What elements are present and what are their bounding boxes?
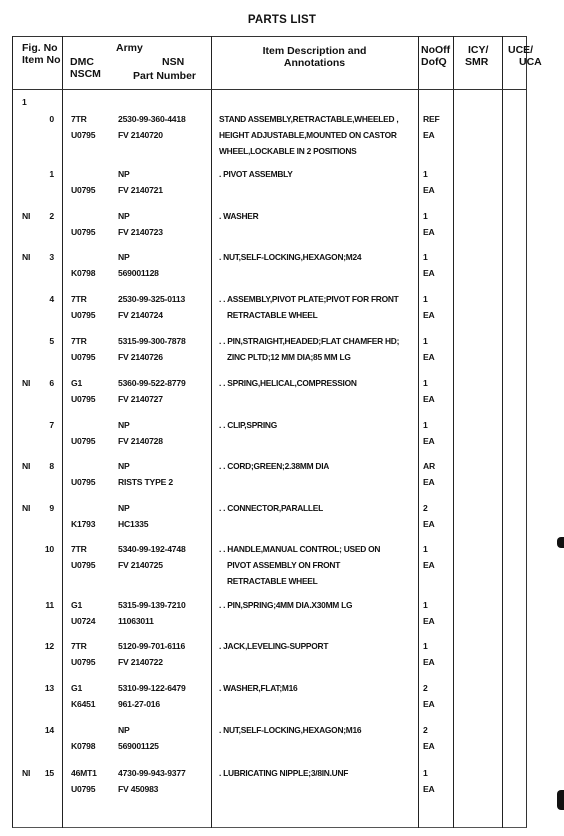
part-number: FV 2140725 [118,557,163,573]
nscm-code: K0798 [71,265,95,281]
item-number: 1 [30,166,54,182]
item-number: 14 [30,722,54,738]
header-noof: NoOff [421,44,453,56]
item-description-line: STAND ASSEMBLY,RETRACTABLE,WHEELED , [219,111,398,127]
header-uce: UCE/ [508,44,533,56]
quantity: 1 [423,291,428,307]
unit-of-issue: EA [423,474,435,490]
ni-indicator: NI [22,500,30,516]
nsn: NP [118,249,130,265]
part-number: FV 2140722 [118,654,163,670]
item-description-line: . NUT,SELF-LOCKING,HEXAGON;M24 [219,249,361,265]
column-divider-desc [418,36,419,828]
unit-of-issue: EA [423,557,435,573]
item-number: 4 [30,291,54,307]
part-number: FV 2140724 [118,307,163,323]
quantity: 1 [423,375,428,391]
header-army: Army [116,42,143,54]
item-description-line: . . CLIP,SPRING [219,417,277,433]
nsn: NP [118,417,130,433]
nscm-code: U0795 [71,307,95,323]
nsn: 5315-99-139-7210 [118,597,186,613]
ni-indicator: NI [22,458,30,474]
part-number: FV 450983 [118,781,158,797]
column-divider-army [211,36,212,828]
quantity: AR [423,458,435,474]
item-number: 10 [30,541,54,557]
item-number: 0 [30,111,54,127]
item-description-line: ZINC PLTD;12 MM DIA;85 MM LG [227,349,351,365]
quantity: 1 [423,166,428,182]
item-description-line: . . HANDLE,MANUAL CONTROL; USED ON [219,541,380,557]
item-description-line: . . CORD;GREEN;2.38MM DIA [219,458,329,474]
nsn: 2530-99-360-4418 [118,111,186,127]
nsn: NP [118,722,130,738]
quantity: 1 [423,638,428,654]
unit-of-issue: EA [423,307,435,323]
nscm-code: U0795 [71,127,95,143]
unit-of-issue: EA [423,391,435,407]
dmc-code: 7TR [71,333,87,349]
quantity: 1 [423,333,428,349]
page-title: PARTS LIST [0,14,564,26]
item-number: 11 [30,597,54,613]
binding-hole-mark [557,790,564,810]
item-description-line: WHEEL,LOCKABLE IN 2 POSITIONS [219,143,356,159]
unit-of-issue: EA [423,265,435,281]
nsn: 5120-99-701-6116 [118,638,185,654]
header-dmc: DMC [70,56,94,68]
item-description-line: PIVOT ASSEMBLY ON FRONT [227,557,340,573]
part-number: 961-27-016 [118,696,160,712]
dmc-code: 7TR [71,291,87,307]
part-number: FV 2140723 [118,224,163,240]
column-divider-noof [453,36,454,828]
ni-indicator: NI [22,375,30,391]
dmc-code: G1 [71,375,82,391]
header-icy: ICY/ [468,44,488,56]
item-description-line: . NUT,SELF-LOCKING,HEXAGON;M16 [219,722,361,738]
item-number: 3 [30,249,54,265]
ni-indicator: NI [22,208,30,224]
nscm-code: K1793 [71,516,95,532]
nscm-code: U0724 [71,613,95,629]
quantity: 1 [423,765,428,781]
nsn: NP [118,166,130,182]
ni-indicator: NI [22,249,30,265]
nsn: 4730-99-943-9377 [118,765,186,781]
column-divider-icy [502,36,503,828]
nscm-code: U0795 [71,349,95,365]
nsn: 2530-99-325-0113 [118,291,185,307]
item-description-line: . JACK,LEVELING-SUPPORT [219,638,328,654]
unit-of-issue: EA [423,516,435,532]
part-number: 569001128 [118,265,159,281]
part-number: FV 2140726 [118,349,163,365]
nscm-code: U0795 [71,557,95,573]
item-description-line: . . PIN,STRAIGHT,HEADED;FLAT CHAMFER HD; [219,333,399,349]
nscm-code: U0795 [71,391,95,407]
nscm-code: U0795 [71,433,95,449]
unit-of-issue: EA [423,349,435,365]
part-number: FV 2140721 [118,182,163,198]
part-number: 11063011 [118,613,154,629]
nscm-code: K6451 [71,696,95,712]
part-number: HC1335 [118,516,148,532]
nscm-code: U0795 [71,781,95,797]
quantity: 1 [423,249,428,265]
header-part-number: Part Number [133,70,196,82]
nscm-code: K0798 [71,738,95,754]
item-description-line: . PIVOT ASSEMBLY [219,166,293,182]
item-number: 2 [30,208,54,224]
item-description-line: . . CONNECTOR,PARALLEL [219,500,323,516]
header-smr: SMR [465,56,488,68]
nscm-code: U0795 [71,182,95,198]
ni-indicator: NI [22,765,30,781]
dmc-code: G1 [71,680,82,696]
item-number: 7 [30,417,54,433]
header-desc-line1: Item Description and [211,45,418,57]
nsn: NP [118,458,130,474]
nsn: 5340-99-192-4748 [118,541,186,557]
quantity: 1 [423,417,428,433]
item-number: 9 [30,500,54,516]
quantity: 2 [423,680,428,696]
item-number: 15 [30,765,54,781]
item-number: 5 [30,333,54,349]
item-description-line: RETRACTABLE WHEEL [227,307,318,323]
header-nsn: NSN [162,56,184,68]
dmc-code: 7TR [71,111,87,127]
part-number: FV 2140720 [118,127,163,143]
item-number: 12 [30,638,54,654]
quantity: 2 [423,500,428,516]
part-number: 569001125 [118,738,159,754]
part-number: FV 2140728 [118,433,163,449]
part-number: RISTS TYPE 2 [118,474,173,490]
quantity: 2 [423,722,428,738]
unit-of-issue: EA [423,224,435,240]
nscm-code: U0795 [71,224,95,240]
quantity: 1 [423,541,428,557]
nscm-code: U0795 [71,474,95,490]
item-description-line: . WASHER,FLAT;M16 [219,680,297,696]
nscm-code: U0795 [71,654,95,670]
dmc-code: 7TR [71,638,87,654]
header-fig-no: Fig. No [22,42,58,54]
item-description-line: . LUBRICATING NIPPLE;3/8IN.UNF [219,765,348,781]
item-description-line: RETRACTABLE WHEEL [227,573,318,589]
dmc-code: 7TR [71,541,87,557]
figure-number: 1 [22,94,27,110]
part-number: FV 2140727 [118,391,163,407]
header-desc-line2: Annotations [211,57,418,69]
item-description-line: . . ASSEMBLY,PIVOT PLATE;PIVOT FOR FRONT [219,291,399,307]
nsn: 5315-99-300-7878 [118,333,186,349]
item-description-line: . . PIN,SPRING;4MM DIA.X30MM LG [219,597,352,613]
unit-of-issue: EA [423,433,435,449]
dmc-code: G1 [71,597,82,613]
nsn: NP [118,500,130,516]
item-description-line: . WASHER [219,208,258,224]
nsn: NP [118,208,130,224]
unit-of-issue: EA [423,127,435,143]
binding-hole-mark [557,537,564,548]
header-uca: UCA [519,56,542,68]
quantity: 1 [423,208,428,224]
unit-of-issue: EA [423,654,435,670]
unit-of-issue: EA [423,738,435,754]
unit-of-issue: EA [423,696,435,712]
nsn: 5360-99-522-8779 [118,375,186,391]
quantity: REF [423,111,440,127]
item-number: 8 [30,458,54,474]
header-item-no: Item No [22,54,61,66]
column-divider-fig [62,36,63,828]
header-divider [12,89,527,90]
item-description-line: . . SPRING,HELICAL,COMPRESSION [219,375,357,391]
header-nscm: NSCM [70,68,101,80]
item-number: 6 [30,375,54,391]
unit-of-issue: EA [423,781,435,797]
dmc-code: 46MT1 [71,765,97,781]
nsn: 5310-99-122-6479 [118,680,186,696]
item-description-line: HEIGHT ADJUSTABLE,MOUNTED ON CASTOR [219,127,397,143]
header-dofq: DofQ [421,56,447,68]
unit-of-issue: EA [423,182,435,198]
item-number: 13 [30,680,54,696]
unit-of-issue: EA [423,613,435,629]
quantity: 1 [423,597,428,613]
